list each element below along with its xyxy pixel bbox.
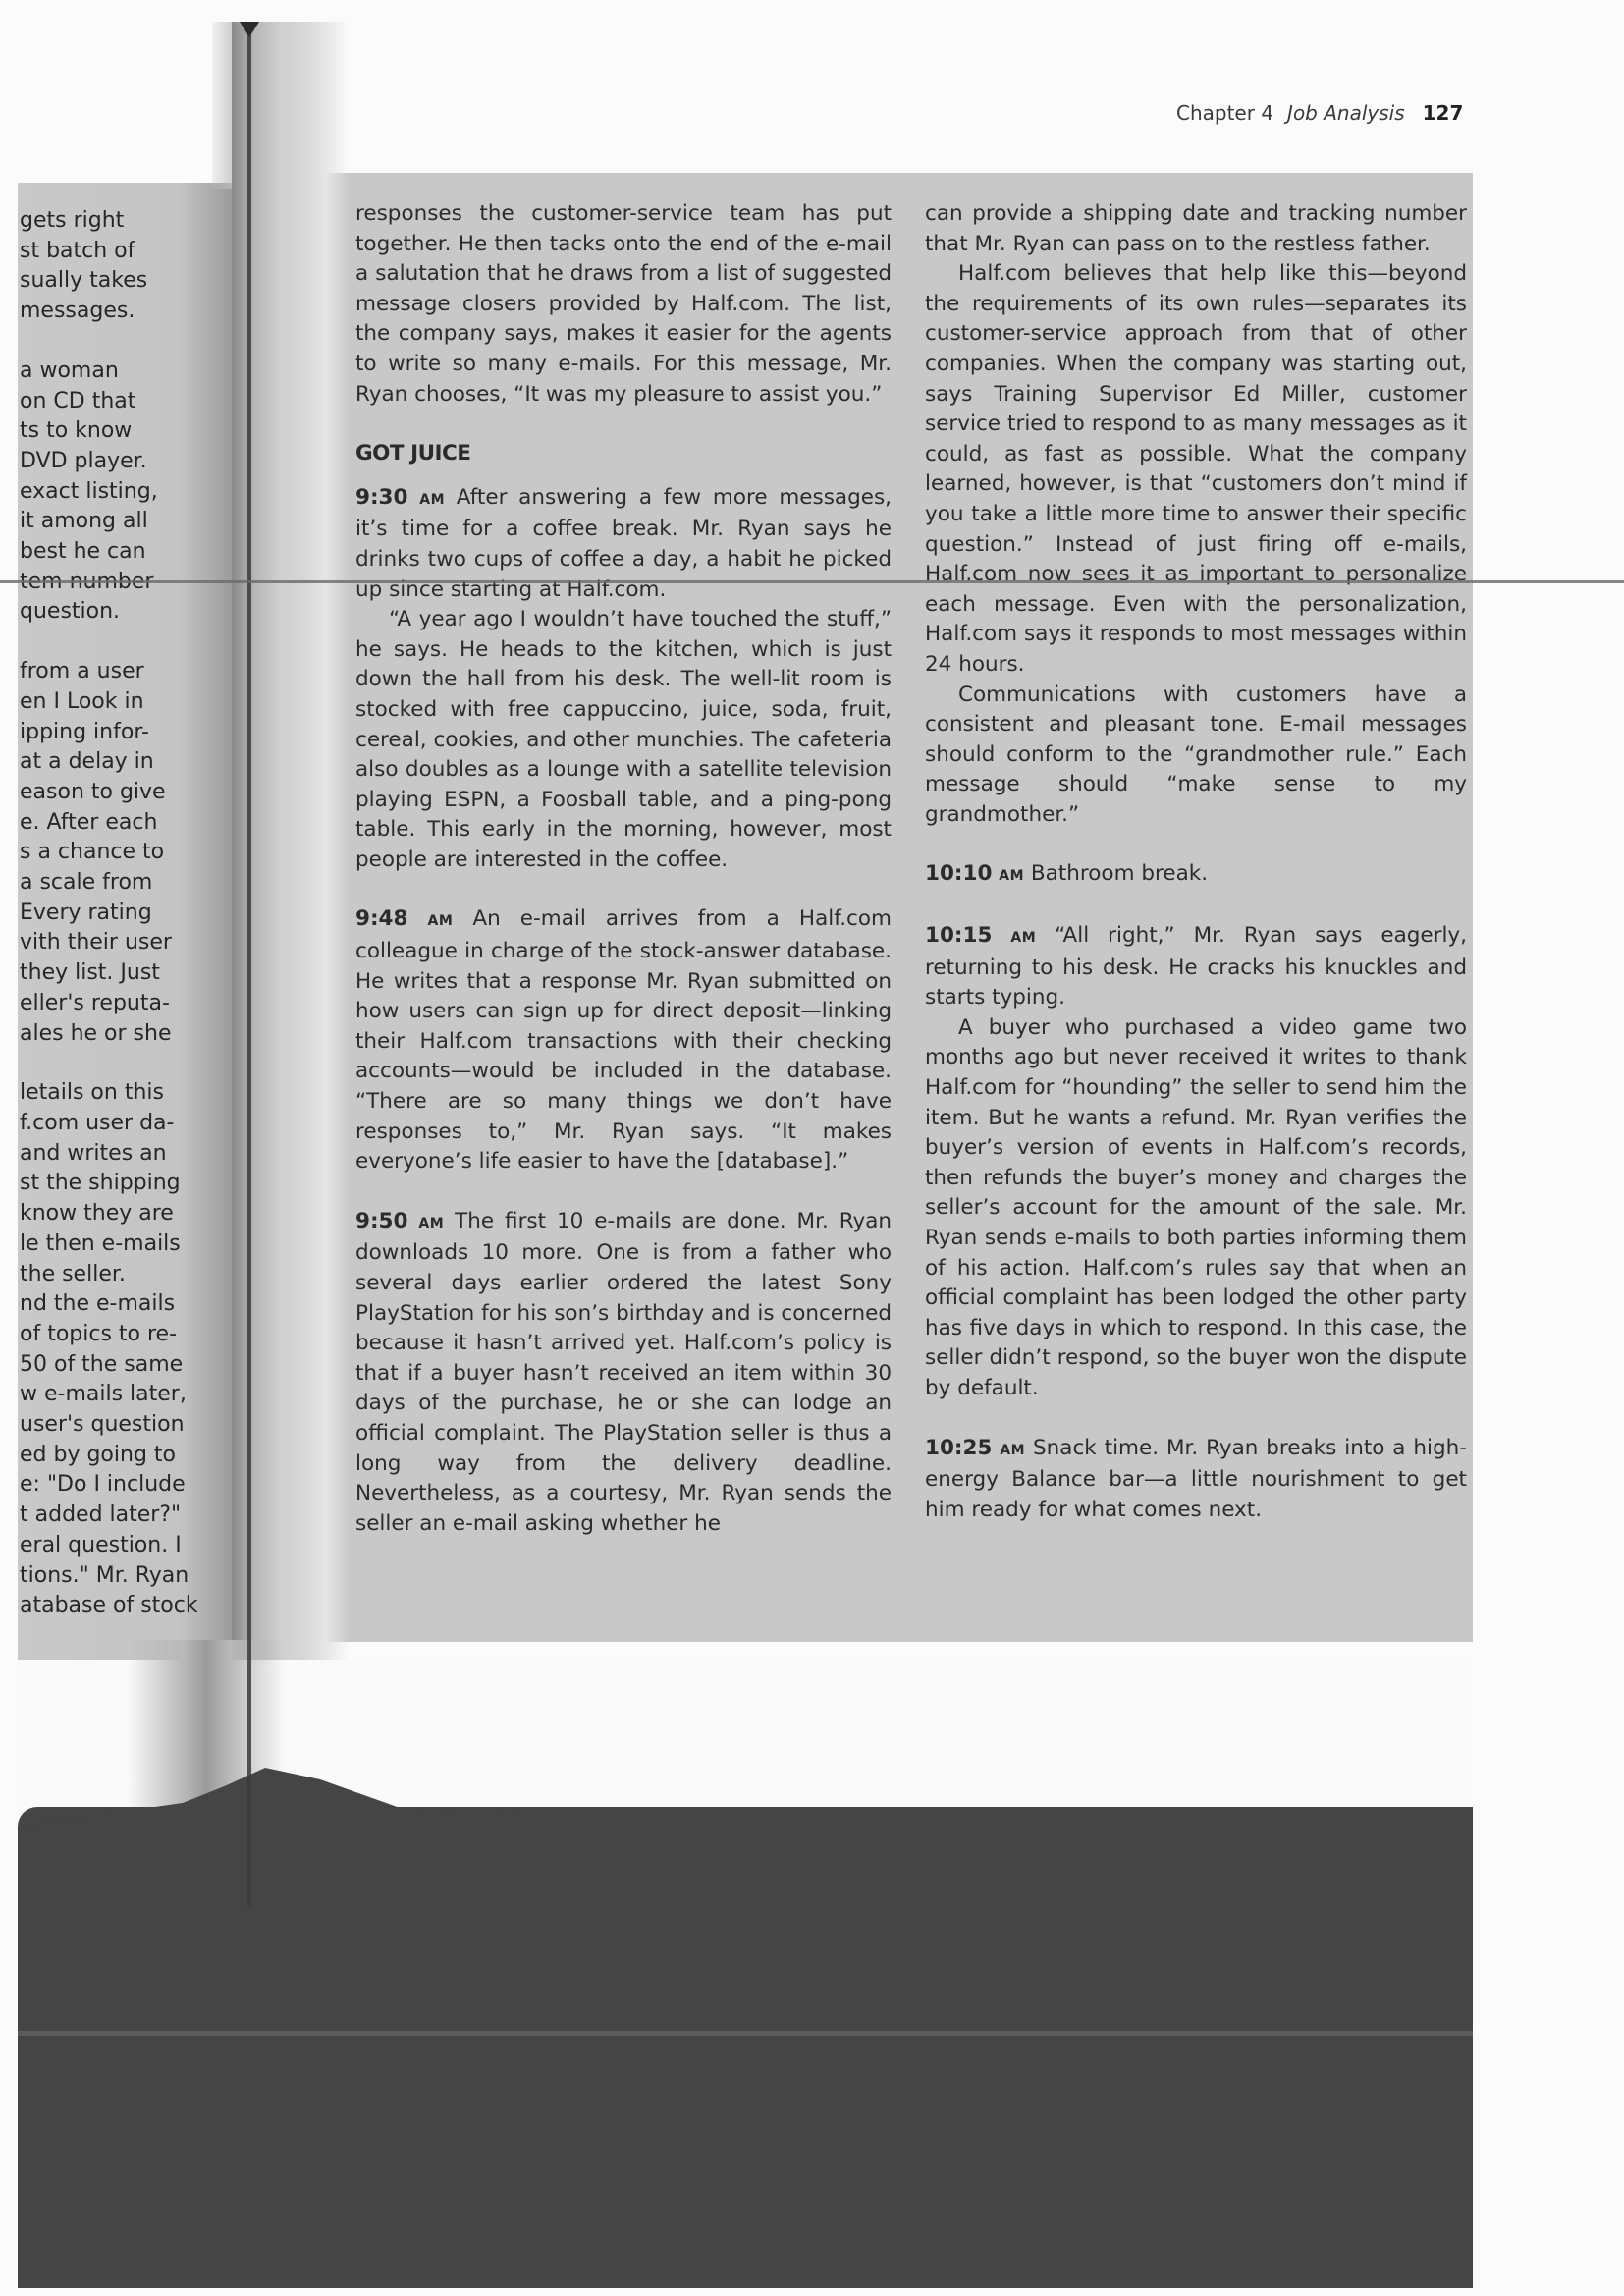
book-spine-line <box>247 22 251 1907</box>
left-fragment-line: the seller. <box>20 1260 222 1290</box>
paragraph-shipping-date: can provide a shipping date and tracking… <box>925 199 1467 259</box>
entry-948: 9:48 AM An e-mail arrives from a Half.co… <box>355 904 892 1176</box>
left-fragment-block-4: letails on thisf.com user da-and writes … <box>20 1078 222 1621</box>
left-fragment-line: letails on this <box>20 1078 222 1109</box>
left-fragment-line: ales he or she <box>20 1019 222 1050</box>
left-fragment-line: messages. <box>20 297 222 327</box>
left-fragment-line: of topics to re- <box>20 1320 222 1350</box>
left-fragment-line: sually takes <box>20 266 222 297</box>
left-fragment-line: tions." Mr. Ryan <box>20 1561 222 1592</box>
entry-950: 9:50 AM The first 10 e-mails are done. M… <box>355 1207 892 1540</box>
middle-column: responses the customer-service team has … <box>355 199 892 1539</box>
entry-930: 9:30 AM After answering a few more messa… <box>355 483 892 605</box>
left-fragment-line: exact listing, <box>20 477 222 508</box>
left-fragment-line: vith their user <box>20 928 222 958</box>
right-column: can provide a shipping date and tracking… <box>925 199 1467 1525</box>
chapter-title: Job Analysis <box>1287 101 1405 125</box>
left-fragment-block-2: a womanon CD thatts to knowDVD player.ex… <box>20 356 222 628</box>
left-fragment-line: eller's reputa- <box>20 989 222 1019</box>
paragraph-buyer-refund: A buyer who purchased a video game two m… <box>925 1013 1467 1404</box>
paragraph-responses: responses the customer-service team has … <box>355 199 892 410</box>
left-fragment-line: a scale from <box>20 868 222 899</box>
left-fragment-line: best he can <box>20 537 222 568</box>
page-number: 127 <box>1423 101 1464 125</box>
left-fragment-line: w e-mails later, <box>20 1380 222 1410</box>
scan-crease-line <box>0 580 1624 583</box>
left-fragment-line: f.com user da- <box>20 1109 222 1139</box>
left-fragment-line: st batch of <box>20 237 222 267</box>
left-fragment-line: en I Look in <box>20 687 222 718</box>
left-fragment-line: t added later?" <box>20 1501 222 1531</box>
entry-1010: 10:10 AM Bathroom break. <box>925 859 1467 892</box>
paragraph-half-believes: Half.com believes that help like this—be… <box>925 259 1467 680</box>
left-fragment-line: s a chance to <box>20 838 222 868</box>
left-fragment-line: they list. Just <box>20 958 222 989</box>
paragraph-communications: Communications with customers have a con… <box>925 681 1467 831</box>
running-header: Chapter 4Job Analysis127 <box>1176 101 1463 125</box>
chapter-label: Chapter 4 <box>1176 101 1273 125</box>
left-fragment-line: ed by going to <box>20 1441 222 1471</box>
left-fragment-line: Every rating <box>20 899 222 929</box>
left-fragment-line: know they are <box>20 1199 222 1230</box>
left-fragment-line: eason to give <box>20 778 222 808</box>
left-fragment-line: DVD player. <box>20 447 222 477</box>
left-fragment-line: gets right <box>20 206 222 237</box>
left-fragment-line: on CD that <box>20 387 222 417</box>
scan-streak <box>18 2031 1473 2036</box>
left-fragment-line: from a user <box>20 657 222 687</box>
left-fragment-line: it among all <box>20 507 222 537</box>
left-fragment-line: 50 of the same <box>20 1350 222 1381</box>
left-fragment-line: and writes an <box>20 1139 222 1170</box>
left-fragment-line: st the shipping <box>20 1169 222 1199</box>
left-fragment-block-3: from a useren I Look inipping infor-at a… <box>20 657 222 1049</box>
left-fragment-line: e: "Do I include <box>20 1470 222 1501</box>
left-fragment-line: eral question. I <box>20 1531 222 1561</box>
section-heading-got-juice: GOT JUICE <box>355 439 892 469</box>
left-fragment-line: question. <box>20 597 222 628</box>
scanner-dark-background <box>18 1807 1473 2288</box>
left-fragment-line: at a delay in <box>20 747 222 778</box>
left-fragment-line: ipping infor- <box>20 718 222 748</box>
left-fragment-line: e. After each <box>20 808 222 839</box>
left-fragment-line: atabase of stock <box>20 1591 222 1621</box>
entry-1025: 10:25 AM Snack time. Mr. Ryan breaks int… <box>925 1434 1467 1526</box>
left-page-text: gets rightst batch ofsually takesmessage… <box>20 206 222 1621</box>
paragraph-year-ago: “A year ago I wouldn’t have touched the … <box>355 605 892 875</box>
left-fragment-line: ts to know <box>20 416 222 447</box>
left-fragment-line: nd the e-mails <box>20 1289 222 1320</box>
left-fragment-block-1: gets rightst batch ofsually takesmessage… <box>20 206 222 327</box>
left-fragment-line: user's question <box>20 1410 222 1441</box>
left-fragment-line: le then e-mails <box>20 1230 222 1260</box>
entry-1015: 10:15 AM “All right,” Mr. Ryan says eage… <box>925 921 1467 1013</box>
left-fragment-line: a woman <box>20 356 222 387</box>
